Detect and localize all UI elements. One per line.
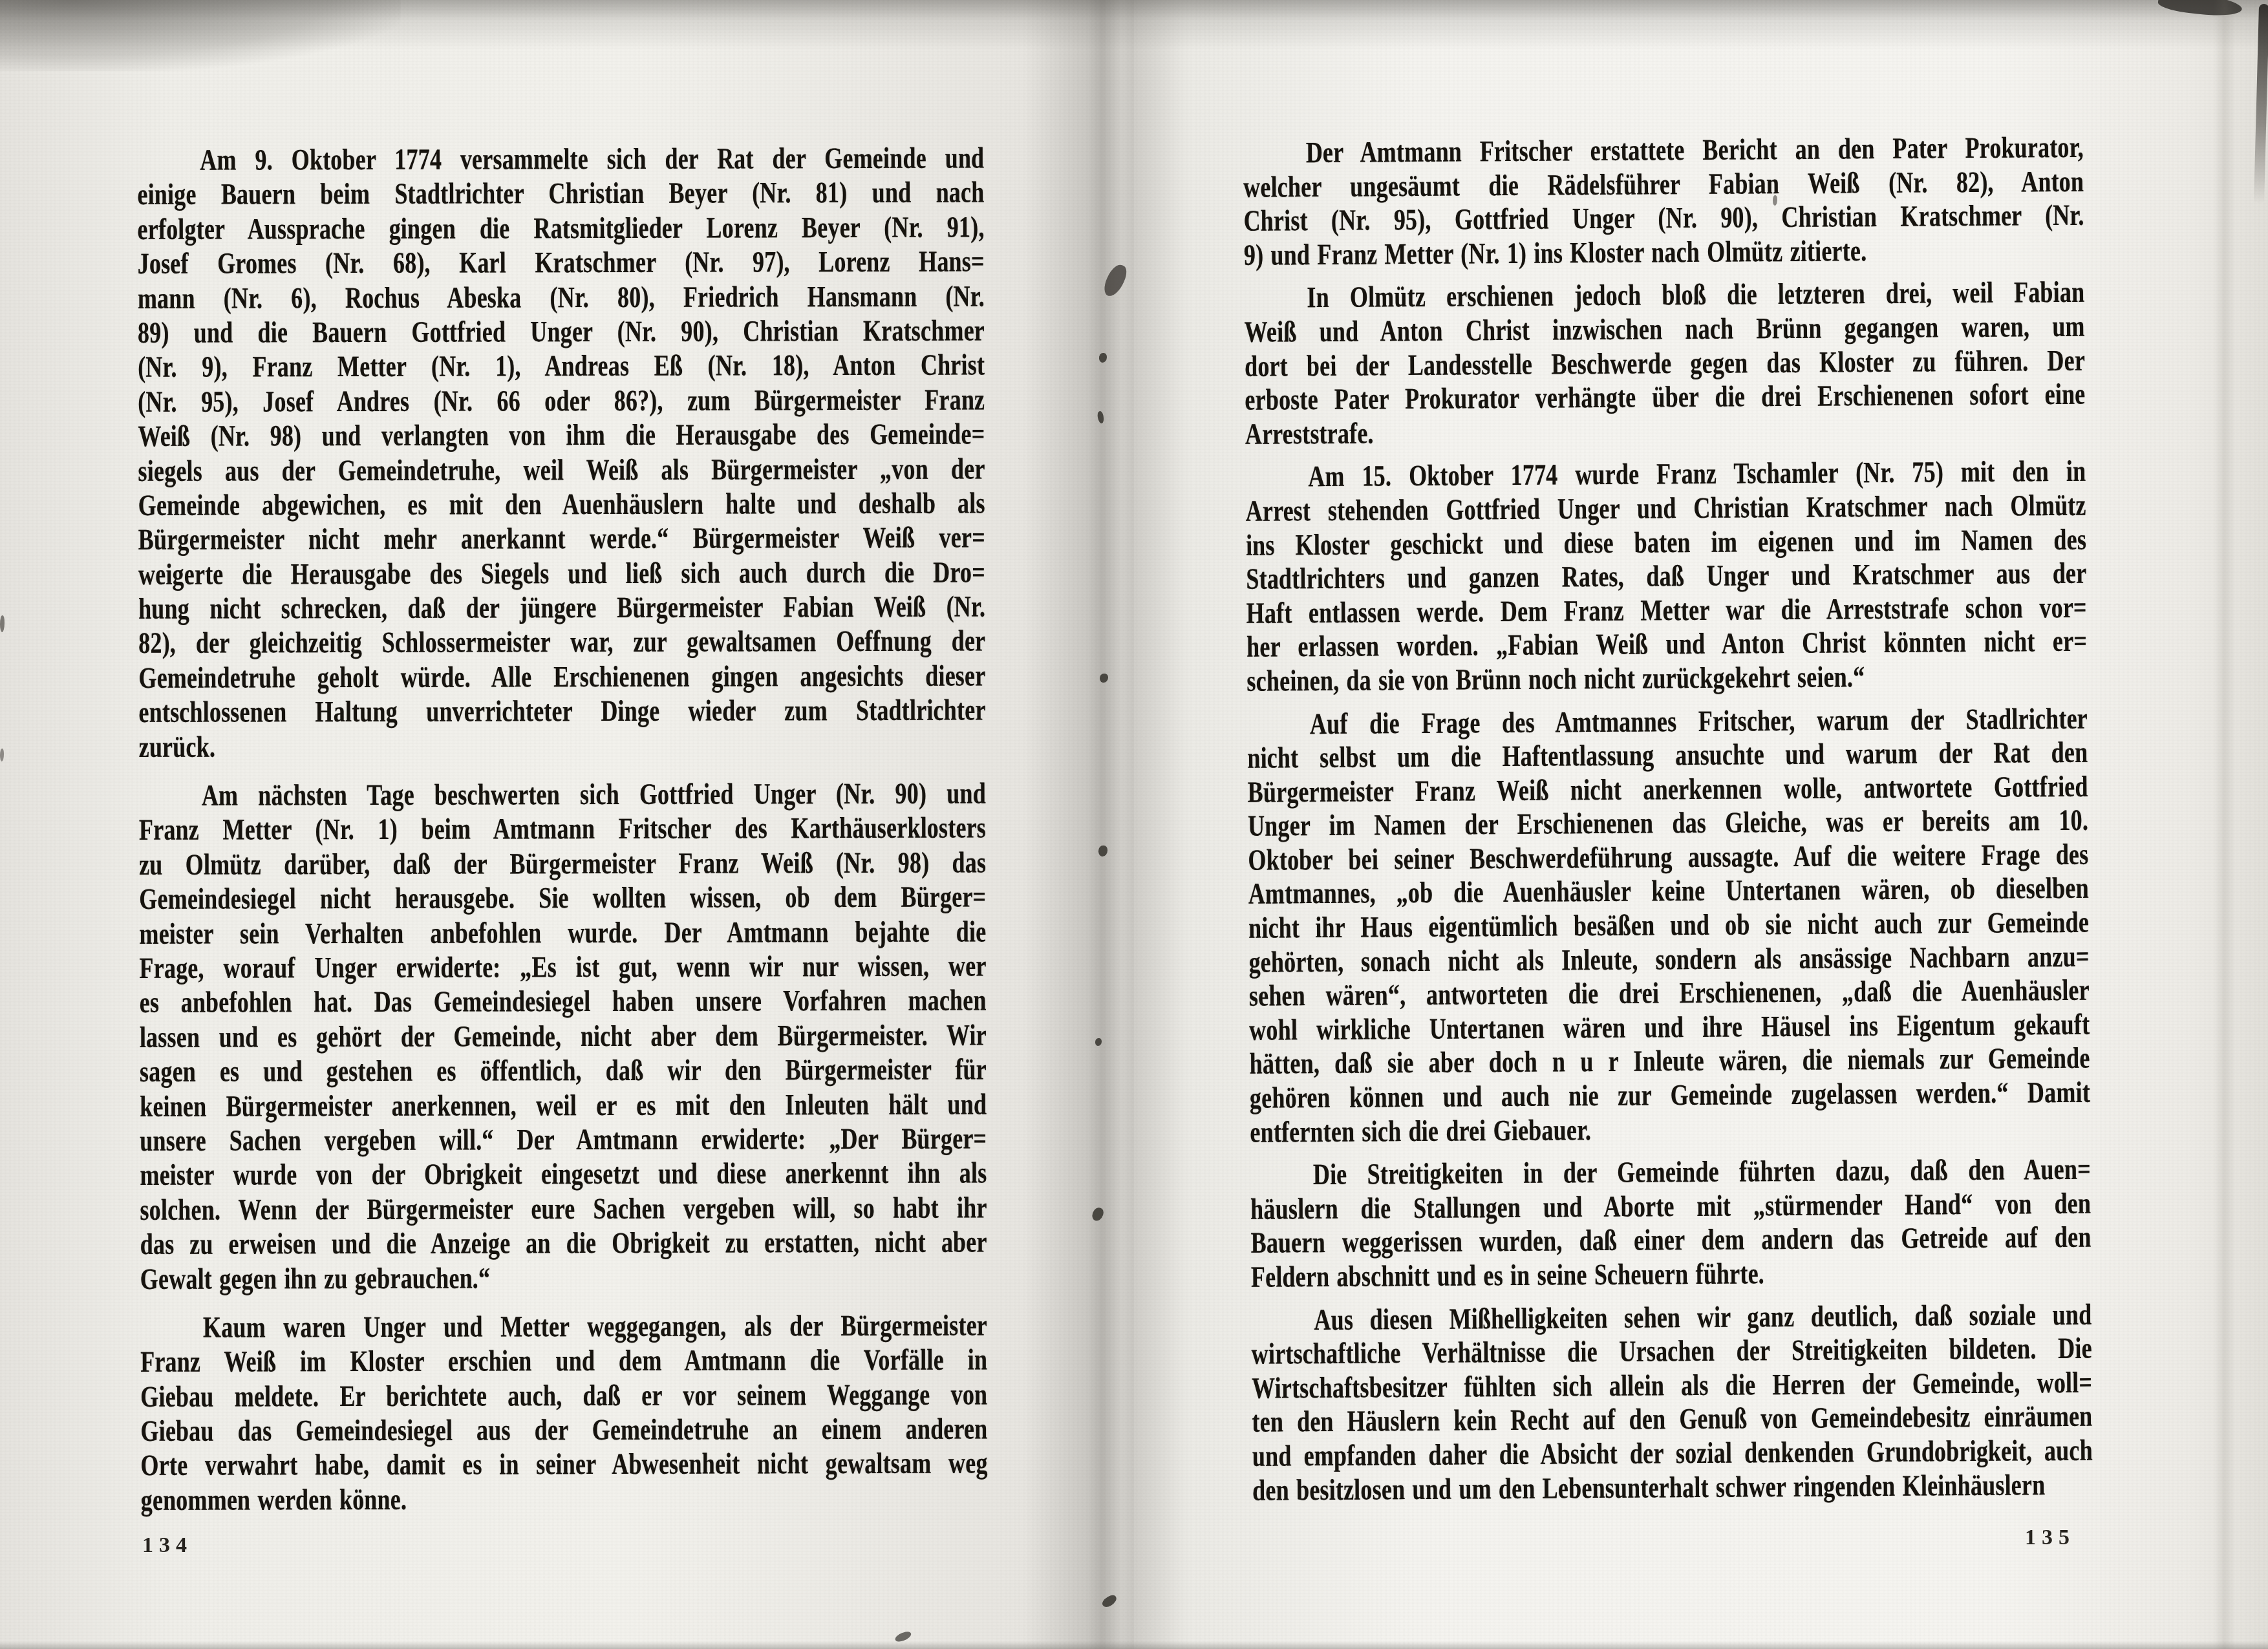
text-line: Gewalt gegen ihn zu gebrauchen.“	[140, 1255, 987, 1301]
text-line: Feldern abschnitt und es in seine Scheue…	[1251, 1250, 2091, 1299]
right-page-text: Der Amtmann Fritscher erstattete Bericht…	[1243, 130, 2093, 1507]
text-line: genommen werden könne.	[141, 1476, 988, 1523]
text-line: entfernten sich die drei Giebauer.	[1250, 1105, 2090, 1154]
paragraph: Am 15. Oktober 1774 wurde Franz Tschamle…	[1245, 454, 2088, 698]
text-line: Arreststrafe.	[1245, 407, 2086, 456]
scan-artifact-right-crease	[2214, 0, 2236, 1649]
paragraph: Aus diesen Mißhelligkeiten sehen wir gan…	[1251, 1297, 2093, 1507]
page-number-right: 135	[2025, 1526, 2075, 1550]
paragraph: Kaum waren Unger und Metter weggegangen,…	[140, 1308, 988, 1518]
book-scan: Am 9. Oktober 1774 versammelte sich der …	[0, 0, 2268, 1649]
scan-artifact-top-left	[0, 0, 401, 71]
binding-gutter-shadow	[1025, 0, 1180, 1649]
scan-artifact-bottom-edge	[0, 1641, 2268, 1649]
page-number-left: 134	[142, 1533, 193, 1558]
text-line: den besitzlosen und um den Lebensunterha…	[1252, 1463, 2093, 1512]
paragraph: In Olmütz erschienen jedoch bloß die let…	[1244, 275, 2086, 451]
text-line: scheinen, da sie von Brünn noch nicht zu…	[1246, 654, 2087, 703]
text-line: 9) und Franz Metter (Nr. 1) ins Kloster …	[1244, 228, 2084, 277]
paragraph: Der Amtmann Fritscher erstattete Bericht…	[1243, 130, 2084, 271]
text-line: zurück.	[139, 723, 986, 769]
paragraph: Am 9. Oktober 1774 versammelte sich der …	[137, 141, 986, 764]
left-page-text: Am 9. Oktober 1774 versammelte sich der …	[137, 141, 988, 1518]
paragraph: Auf die Frage des Amtmannes Fritscher, w…	[1247, 701, 2091, 1149]
paragraph: Die Streitigkeiten in der Gemeinde führt…	[1250, 1153, 2091, 1294]
paragraph: Am nächsten Tage beschwerten sich Gottfr…	[139, 776, 987, 1296]
